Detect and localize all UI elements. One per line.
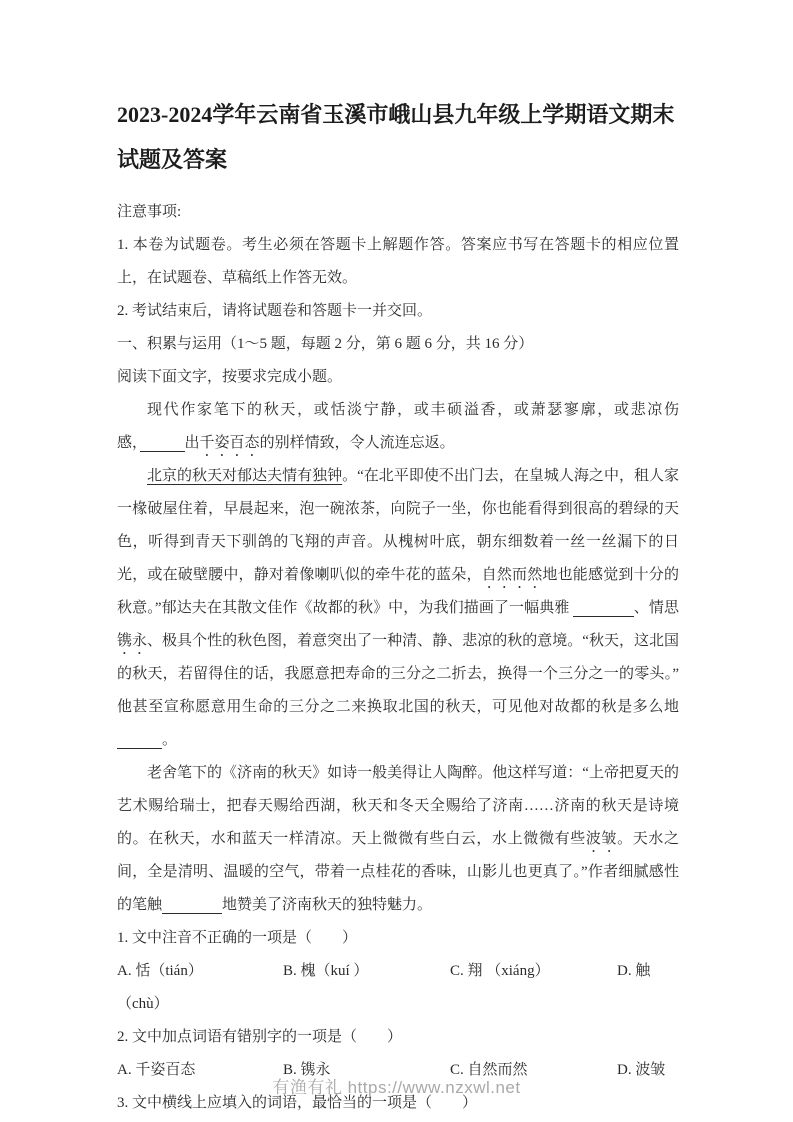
dotted-emphasis-text: 波皱 — [586, 831, 617, 847]
text-run: 、极具个性的秋色图，着意突出了一种清、静、悲凉的秋的意境。“秋天，这北国的秋天，… — [117, 633, 679, 715]
passage-paragraph-jinan-autumn: 老舍笔下的《济南的秋天》如诗一般美得让人陶醉。他这样写道：“上帝把夏天的艺术赐给… — [117, 757, 679, 922]
exam-page: 2023-2024学年云南省玉溪市峨山县九年级上学期语文期末 试题及答案 注意事… — [0, 0, 793, 1122]
question-1: 1. 文中注音不正确的一项是（ ） — [117, 922, 679, 955]
passage-paragraph-beijing-autumn: 北京的秋天对郁达夫情有独钟。“在北平即使不出门去，在皇城人海之中，租人家一椽破屋… — [117, 460, 679, 757]
blank-line — [573, 600, 633, 617]
text-run: 、情思 — [634, 600, 679, 616]
blank-line — [140, 435, 185, 452]
document-title: 2023-2024学年云南省玉溪市峨山县九年级上学期语文期末 试题及答案 — [117, 92, 679, 182]
text-run: 。“在北平即使不出门去，在皇城人海之中，租人家一椽破屋住着，早晨起来，泡一碗浓茶… — [117, 468, 679, 583]
notice-item-1: 1. 本卷为试题卷。考生必须在答题卡上解题作答。答案应书写在答题卡的相应位置上，… — [117, 229, 679, 295]
option-c: C. 翔 （xiáng） — [450, 955, 617, 988]
text-run: 地赞美了济南秋天的独特魅力。 — [222, 897, 432, 913]
watermark-footer: 有渔有礼 https://www.nzxwl.net — [0, 1073, 793, 1098]
reading-instruction: 阅读下面文字，按要求完成小题。 — [117, 361, 679, 394]
option-a: A. 恬（tián） — [117, 955, 283, 988]
notice-item-2: 2. 考试结束后，请将试题卷和答题卡一并交回。 — [117, 295, 679, 328]
option-d: D. 触 — [617, 955, 679, 988]
text-run: 。 — [162, 732, 177, 748]
underlined-text: 北京的秋天对郁达夫情有独钟 — [147, 468, 342, 484]
title-line-1: 2023-2024学年云南省玉溪市峨山县九年级上学期语文期末 — [117, 92, 679, 137]
text-run: 出 — [185, 435, 200, 451]
notice-heading: 注意事项: — [117, 196, 679, 229]
question-1-option-d-continuation: （chù） — [117, 988, 679, 1021]
option-b: B. 槐（kuí ） — [283, 955, 450, 988]
text-run: 的别样情致，令人流连忘返。 — [260, 435, 455, 451]
section-heading-accumulation: 一、积累与运用（1～5 题，每题 2 分，第 6 题 6 分，共 16 分） — [117, 328, 679, 361]
question-1-options: A. 恬（tián）B. 槐（kuí ）C. 翔 （xiáng）D. 触 — [117, 955, 679, 988]
dotted-emphasis-text: 自然而然 — [482, 567, 543, 583]
blank-line — [162, 897, 222, 914]
document-content: 2023-2024学年云南省玉溪市峨山县九年级上学期语文期末 试题及答案 注意事… — [117, 92, 679, 1120]
passage-paragraph-autumn-writers: 现代作家笔下的秋天，或恬淡宁静，或丰硕溢香，或萧瑟寥廓，或悲凉伤感， 出千姿百态… — [117, 394, 679, 460]
dotted-emphasis-text: 千姿百态 — [200, 435, 260, 451]
title-line-2: 试题及答案 — [117, 137, 679, 182]
dotted-emphasis-text: 镌永 — [117, 633, 147, 649]
question-2: 2. 文中加点词语有错别字的一项是（ ） — [117, 1021, 679, 1054]
blank-line — [117, 732, 162, 749]
